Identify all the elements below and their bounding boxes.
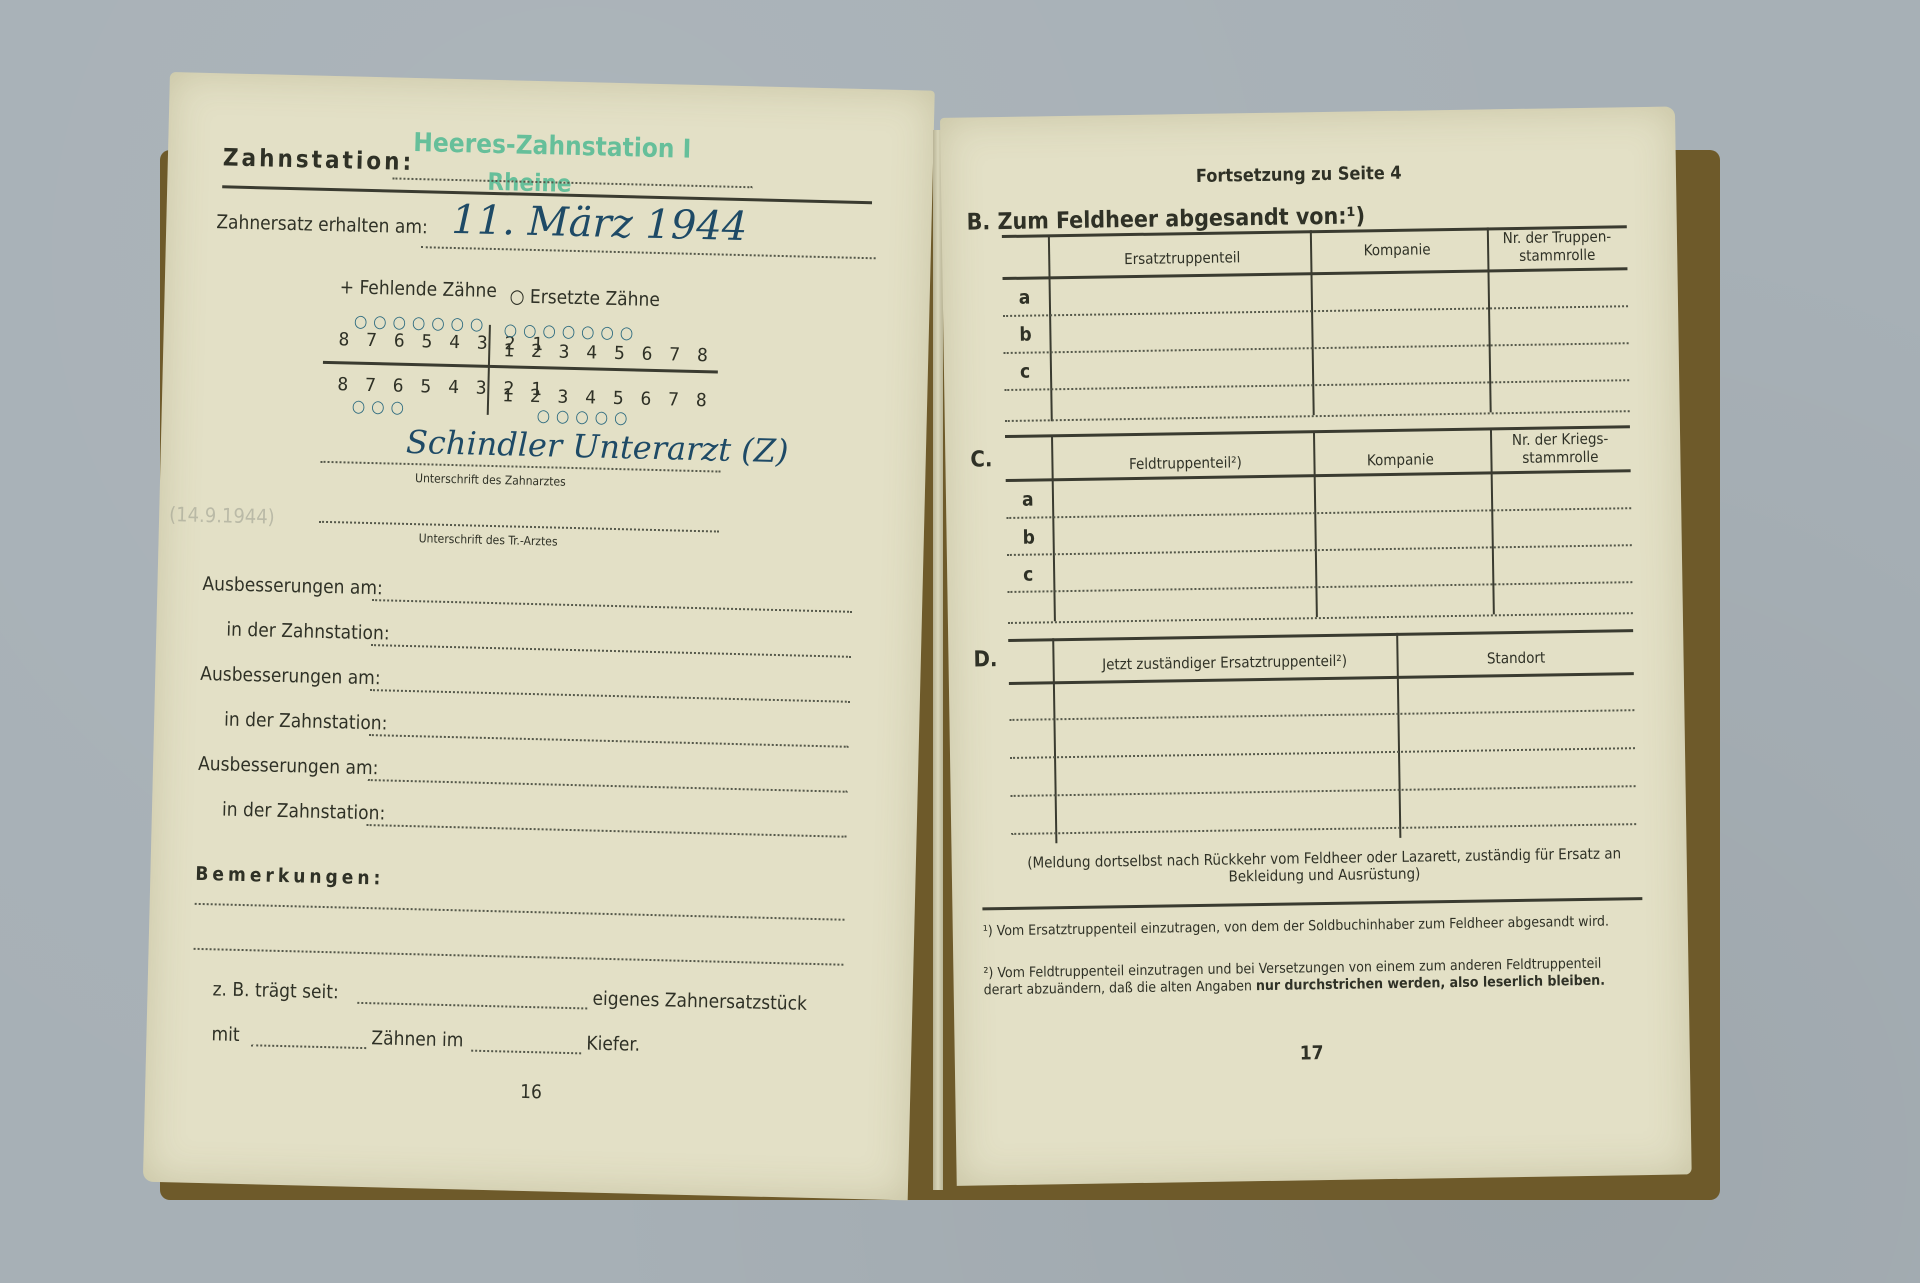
zahnstation-field [392,177,752,188]
with-label: mit [211,1023,240,1046]
repair-1-date-field [372,599,852,613]
page-17: Fortsetzung zu Seite 4 B. Zum Feldheer a… [940,106,1692,1185]
repair-2-label: Ausbesserungen am: [200,663,381,689]
continuation-heading: Fortsetzung zu Seite 4 [1196,163,1402,187]
teeth-count-field [251,1044,366,1049]
zahnersatz-date: 11. März 1944 [451,197,748,250]
remarks-line-2 [194,948,844,966]
repair-2-date-field [370,689,850,703]
dentist-signature: Schindler Unterarzt (Z) [406,423,789,470]
footnote-1: ¹) Vom Ersatztruppenteil einzutragen, vo… [983,913,1643,940]
wears-since-label: z. B. trägt seit: [212,978,339,1003]
repair-3-station-label: in der Zahnstation: [222,798,386,824]
remarks-label: Bemerkungen: [195,863,384,890]
jaw-label: Kiefer. [586,1032,640,1055]
page-number-16: 16 [520,1081,542,1104]
sig-doctor-label: Unterschrift des Tr.-Arztes [419,531,558,548]
teeth-in-label: Zähnen im [371,1027,464,1051]
section-c-letter: C. [970,447,992,472]
sig-dentist-label: Unterschrift des Zahnarztes [415,471,566,489]
own-denture-label: eigenes Zahnersatzstück [592,988,807,1015]
jaw-field [471,1050,581,1055]
col-kompanie-c: Kompanie [1315,449,1485,470]
row-a: a [1019,287,1031,309]
zahnersatz-field [421,246,876,259]
footnote-2: ²) Vom Feldtruppenteil einzutragen und b… [983,955,1643,999]
col-kompanie: Kompanie [1312,240,1482,261]
zahnersatz-label: Zahnersatz erhalten am: [216,211,428,238]
faint-pencil-note: (14.9.1944) [169,502,275,529]
section-d-note: (Meldung dortselbst nach Rückkehr vom Fe… [1007,845,1642,889]
unit-stamp-line1: Heeres-Zahnstation I [413,128,692,165]
col-feldtruppenteil: Feldtruppenteil²) [1055,452,1315,474]
row-c: c [1020,361,1030,383]
col-truppenstammrolle: Nr. der Truppen- stammrolle [1487,227,1628,265]
booklet-gutter [933,130,943,1190]
lower-right-marks: ○○○○○ [536,406,633,428]
repair-2-station-field [369,734,849,748]
repair-3-label: Ausbesserungen am: [198,753,379,779]
col-standort: Standort [1398,647,1633,669]
upper-right-teeth: 1 2 3 4 5 6 7 8 [503,340,711,366]
repair-2-station-label: in der Zahnstation: [224,709,388,735]
col-jetzt-zustaendig: Jetzt zuständiger Ersatztruppenteil²) [1054,651,1394,674]
repair-1-label: Ausbesserungen am: [202,573,383,599]
lower-left-marks: ○○○ [352,397,411,418]
section-d-letter: D. [973,647,997,672]
page-number-17: 17 [1300,1042,1324,1064]
legend-missing: + Fehlende Zähne [340,276,498,302]
col-ersatztruppenteil: Ersatztruppenteil [1052,247,1312,269]
zahnstation-label: Zahnstation: [223,143,415,176]
row-c-c: c [1023,564,1033,586]
repair-3-date-field [368,779,848,793]
legend-replaced: ○ Ersetzte Zähne [509,285,660,311]
row-b-c: b [1022,527,1035,549]
remarks-line-1 [195,903,845,921]
row-b: b [1019,324,1032,346]
repair-1-station-label: in der Zahnstation: [226,619,390,645]
page-16: Zahnstation: Heeres-Zahnstation I Rheine… [143,72,935,1200]
repair-3-station-field [367,824,847,838]
col-kriegsstammrolle: Nr. der Kriegs- stammrolle [1490,429,1631,467]
repair-1-station-field [371,644,851,658]
row-a-c: a [1022,489,1034,511]
wears-since-field [357,1002,587,1010]
sig-doctor-field [319,521,719,533]
